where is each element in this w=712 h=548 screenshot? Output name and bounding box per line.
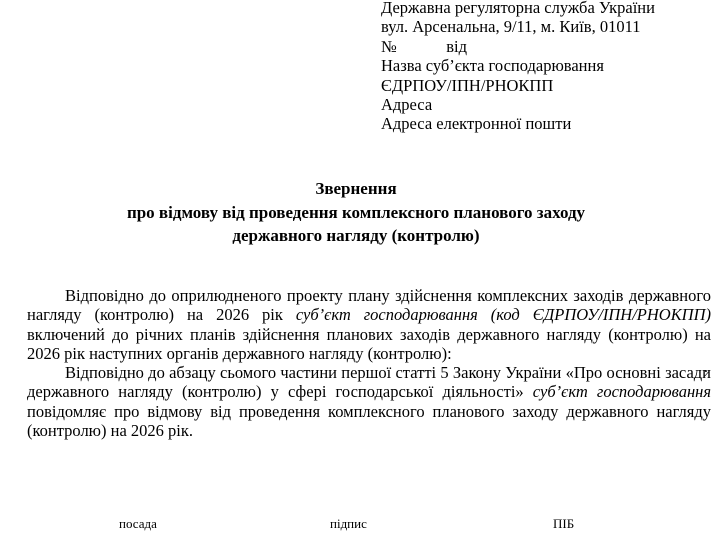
sender-code: ЄДРПОУ/ІПН/РНОКПП <box>381 76 655 95</box>
document-title: Звернення про відмову від проведення ком… <box>0 177 712 248</box>
sender-address: Адреса <box>381 95 655 114</box>
paragraph-2-italic: суб’єкт господарювання <box>533 382 711 401</box>
addressee-recipient: Державна регуляторна служба України <box>381 0 655 17</box>
addressee-block: Державна регуляторна служба України вул.… <box>381 0 655 134</box>
title-line-1: Звернення <box>0 177 712 201</box>
paragraph-2-text-b: повідомляє про відмову від проведення ко… <box>27 402 711 440</box>
paragraph-1-end-mark: . <box>666 357 708 376</box>
document-body: Відповідно до оприлюдненого проекту план… <box>27 286 711 440</box>
signature-position-label: посада <box>119 516 157 532</box>
title-line-3: державного нагляду (контролю) <box>0 224 712 248</box>
sender-name: Назва суб’єкта господарювання <box>381 56 655 75</box>
addressee-address: вул. Арсенальна, 9/11, м. Київ, 01011 <box>381 17 655 36</box>
paragraph-1-italic: суб’єкт господарювання (код ЄДРПОУ/ІПН/Р… <box>296 305 711 324</box>
sender-email: Адреса електронної пошти <box>381 114 655 133</box>
paragraph-1: Відповідно до оприлюдненого проекту план… <box>27 286 711 363</box>
signature-name-label: ПІБ <box>553 516 574 532</box>
addressee-number-date: № від <box>381 37 655 56</box>
title-line-2: про відмову від проведення комплексного … <box>0 201 712 225</box>
signature-sign-label: підпис <box>330 516 367 532</box>
paragraph-1-text-b: включений до річних планів здійснення пл… <box>27 325 711 363</box>
signature-row: посада підпис ПІБ <box>0 516 712 536</box>
paragraph-2: Відповідно до абзацу сьомого частини пер… <box>27 363 711 440</box>
